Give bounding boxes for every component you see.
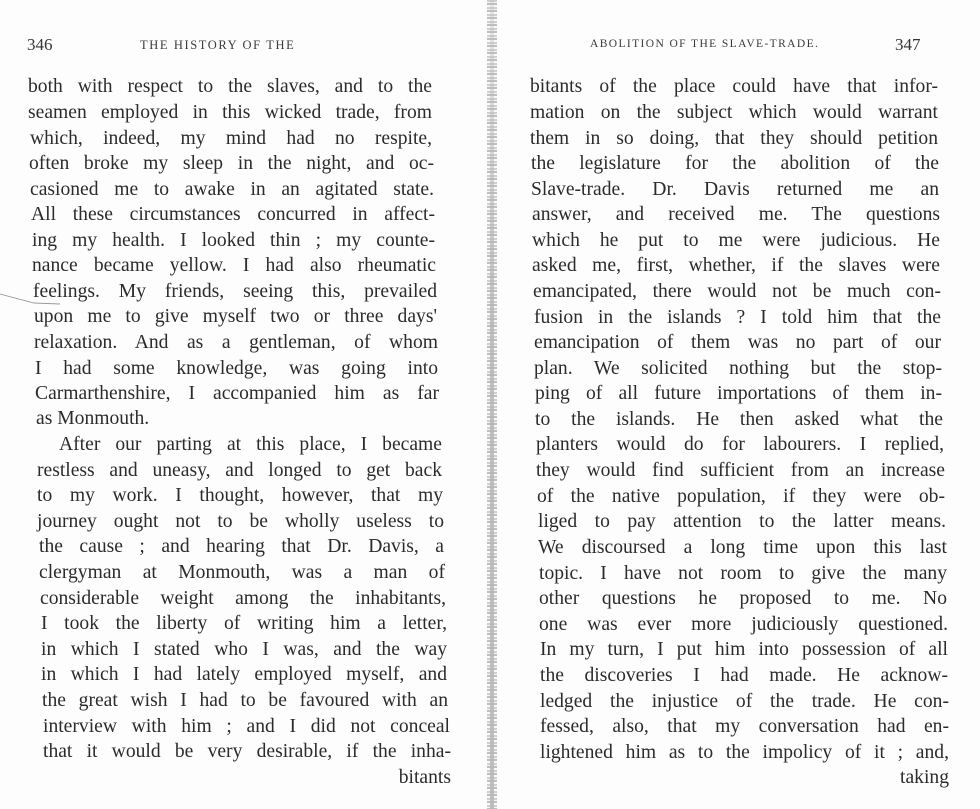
text-line: lightened him as to the impolicy of it ;… bbox=[540, 740, 949, 765]
text-line: ing my health. I looked thin ; my counte… bbox=[32, 228, 435, 253]
catchword-right: taking bbox=[540, 765, 949, 790]
text-line: In my turn, I put him into possession of… bbox=[540, 637, 948, 662]
text-line: they would find sufficient from an incre… bbox=[536, 458, 945, 483]
page-number-left: 346 bbox=[27, 35, 53, 55]
text-line: that it would be very desirable, if the … bbox=[43, 739, 451, 764]
text-line: fessed, also, that my conversation had e… bbox=[540, 714, 949, 739]
text-line: nance became yellow. I had also rheumati… bbox=[32, 253, 436, 278]
paragraph-first-line: After our parting at this place, I becam… bbox=[59, 432, 442, 457]
text-line: other questions he proposed to me. No bbox=[539, 586, 947, 611]
text-line: ledged the injustice of the trade. He co… bbox=[540, 689, 949, 714]
text-line: liged to pay attention to the latter mea… bbox=[538, 509, 946, 534]
text-line: the legislature for the abolition of the bbox=[531, 151, 939, 176]
text-line: planters would do for labourers. I repli… bbox=[536, 432, 944, 457]
text-line: to the islands. He then asked what the bbox=[535, 407, 943, 432]
text-line: Slave-trade. Dr. Davis returned me an bbox=[531, 177, 939, 202]
text-line: often broke my sleep in the night, and o… bbox=[29, 151, 434, 176]
text-line: which he put to me were judicious. He bbox=[532, 228, 940, 253]
text-line: emancipation of them was no part of our bbox=[534, 330, 941, 355]
text-line: them in so doing, that they should petit… bbox=[530, 126, 938, 151]
text-line: I had some knowledge, was going into bbox=[35, 356, 438, 381]
text-line: casioned me to awake in an agitated stat… bbox=[30, 177, 434, 202]
text-line: All these circumstances concurred in aff… bbox=[31, 202, 435, 227]
text-line: plan. We solicited nothing but the stop- bbox=[534, 356, 942, 381]
text-line: I took the liberty of writing him a lett… bbox=[41, 611, 447, 636]
text-line: interview with him ; and I did not conce… bbox=[43, 714, 450, 739]
book-spread: 346 THE HISTORY OF THE both with respect… bbox=[0, 0, 980, 809]
text-line: seamen employed in this wicked trade, fr… bbox=[28, 100, 432, 125]
text-line: both with respect to the slaves, and to … bbox=[28, 74, 432, 99]
text-line: We discoursed a long time upon this last bbox=[538, 535, 947, 560]
page-number-right: 347 bbox=[895, 35, 921, 55]
running-head-left: THE HISTORY OF THE bbox=[140, 38, 295, 58]
text-line: considerable weight among the inhabitant… bbox=[40, 586, 446, 611]
text-line: journey ought not to be wholly useless t… bbox=[37, 509, 444, 534]
text-line: the great wish I had to be favoured with… bbox=[42, 688, 448, 713]
text-line: topic. I have not room to give the many bbox=[539, 561, 947, 586]
text-line: clergyman at Monmouth, was a man of bbox=[39, 560, 445, 585]
book-gutter bbox=[487, 0, 497, 809]
text-line: as Monmouth. bbox=[36, 406, 440, 431]
text-line: restless and uneasy, and longed to get b… bbox=[37, 458, 442, 483]
text-line: in which I stated who I was, and the way bbox=[41, 637, 447, 662]
text-line: which, indeed, my mind had no respite, bbox=[30, 126, 432, 151]
running-head-right: ABOLITION OF THE SLAVE-TRADE. bbox=[590, 38, 819, 58]
left-page: 346 THE HISTORY OF THE both with respect… bbox=[0, 0, 487, 809]
text-line: emancipated, there would not be much con… bbox=[533, 279, 941, 304]
text-line: one was ever more judiciously questioned… bbox=[539, 612, 948, 637]
text-line: fusion in the islands ? I told him that … bbox=[534, 305, 941, 330]
text-line: upon me to give myself two or three days… bbox=[34, 304, 437, 329]
text-line: relaxation. And as a gentleman, of whom bbox=[34, 330, 438, 355]
catchword-left: bitants bbox=[43, 765, 451, 790]
text-line: the cause ; and hearing that Dr. Davis, … bbox=[39, 534, 444, 559]
text-line: bitants of the place could have that inf… bbox=[530, 74, 938, 99]
text-line: in which I had lately employed myself, a… bbox=[41, 662, 447, 687]
text-line: asked me, first, whether, if the slaves … bbox=[532, 253, 940, 278]
text-line: mation on the subject which would warran… bbox=[530, 100, 938, 125]
text-line: the discoveries I had made. He acknow- bbox=[540, 663, 948, 688]
text-line: of the native population, if they were o… bbox=[537, 484, 945, 509]
text-line: feelings. My friends, seeing this, preva… bbox=[33, 279, 437, 304]
text-line: answer, and received me. The questions bbox=[532, 202, 940, 227]
text-line: ping of all future importations of them … bbox=[535, 381, 942, 406]
text-line: Carmarthenshire, I accompanied him as fa… bbox=[35, 381, 439, 406]
text-line: to my work. I thought, however, that my bbox=[37, 483, 443, 508]
